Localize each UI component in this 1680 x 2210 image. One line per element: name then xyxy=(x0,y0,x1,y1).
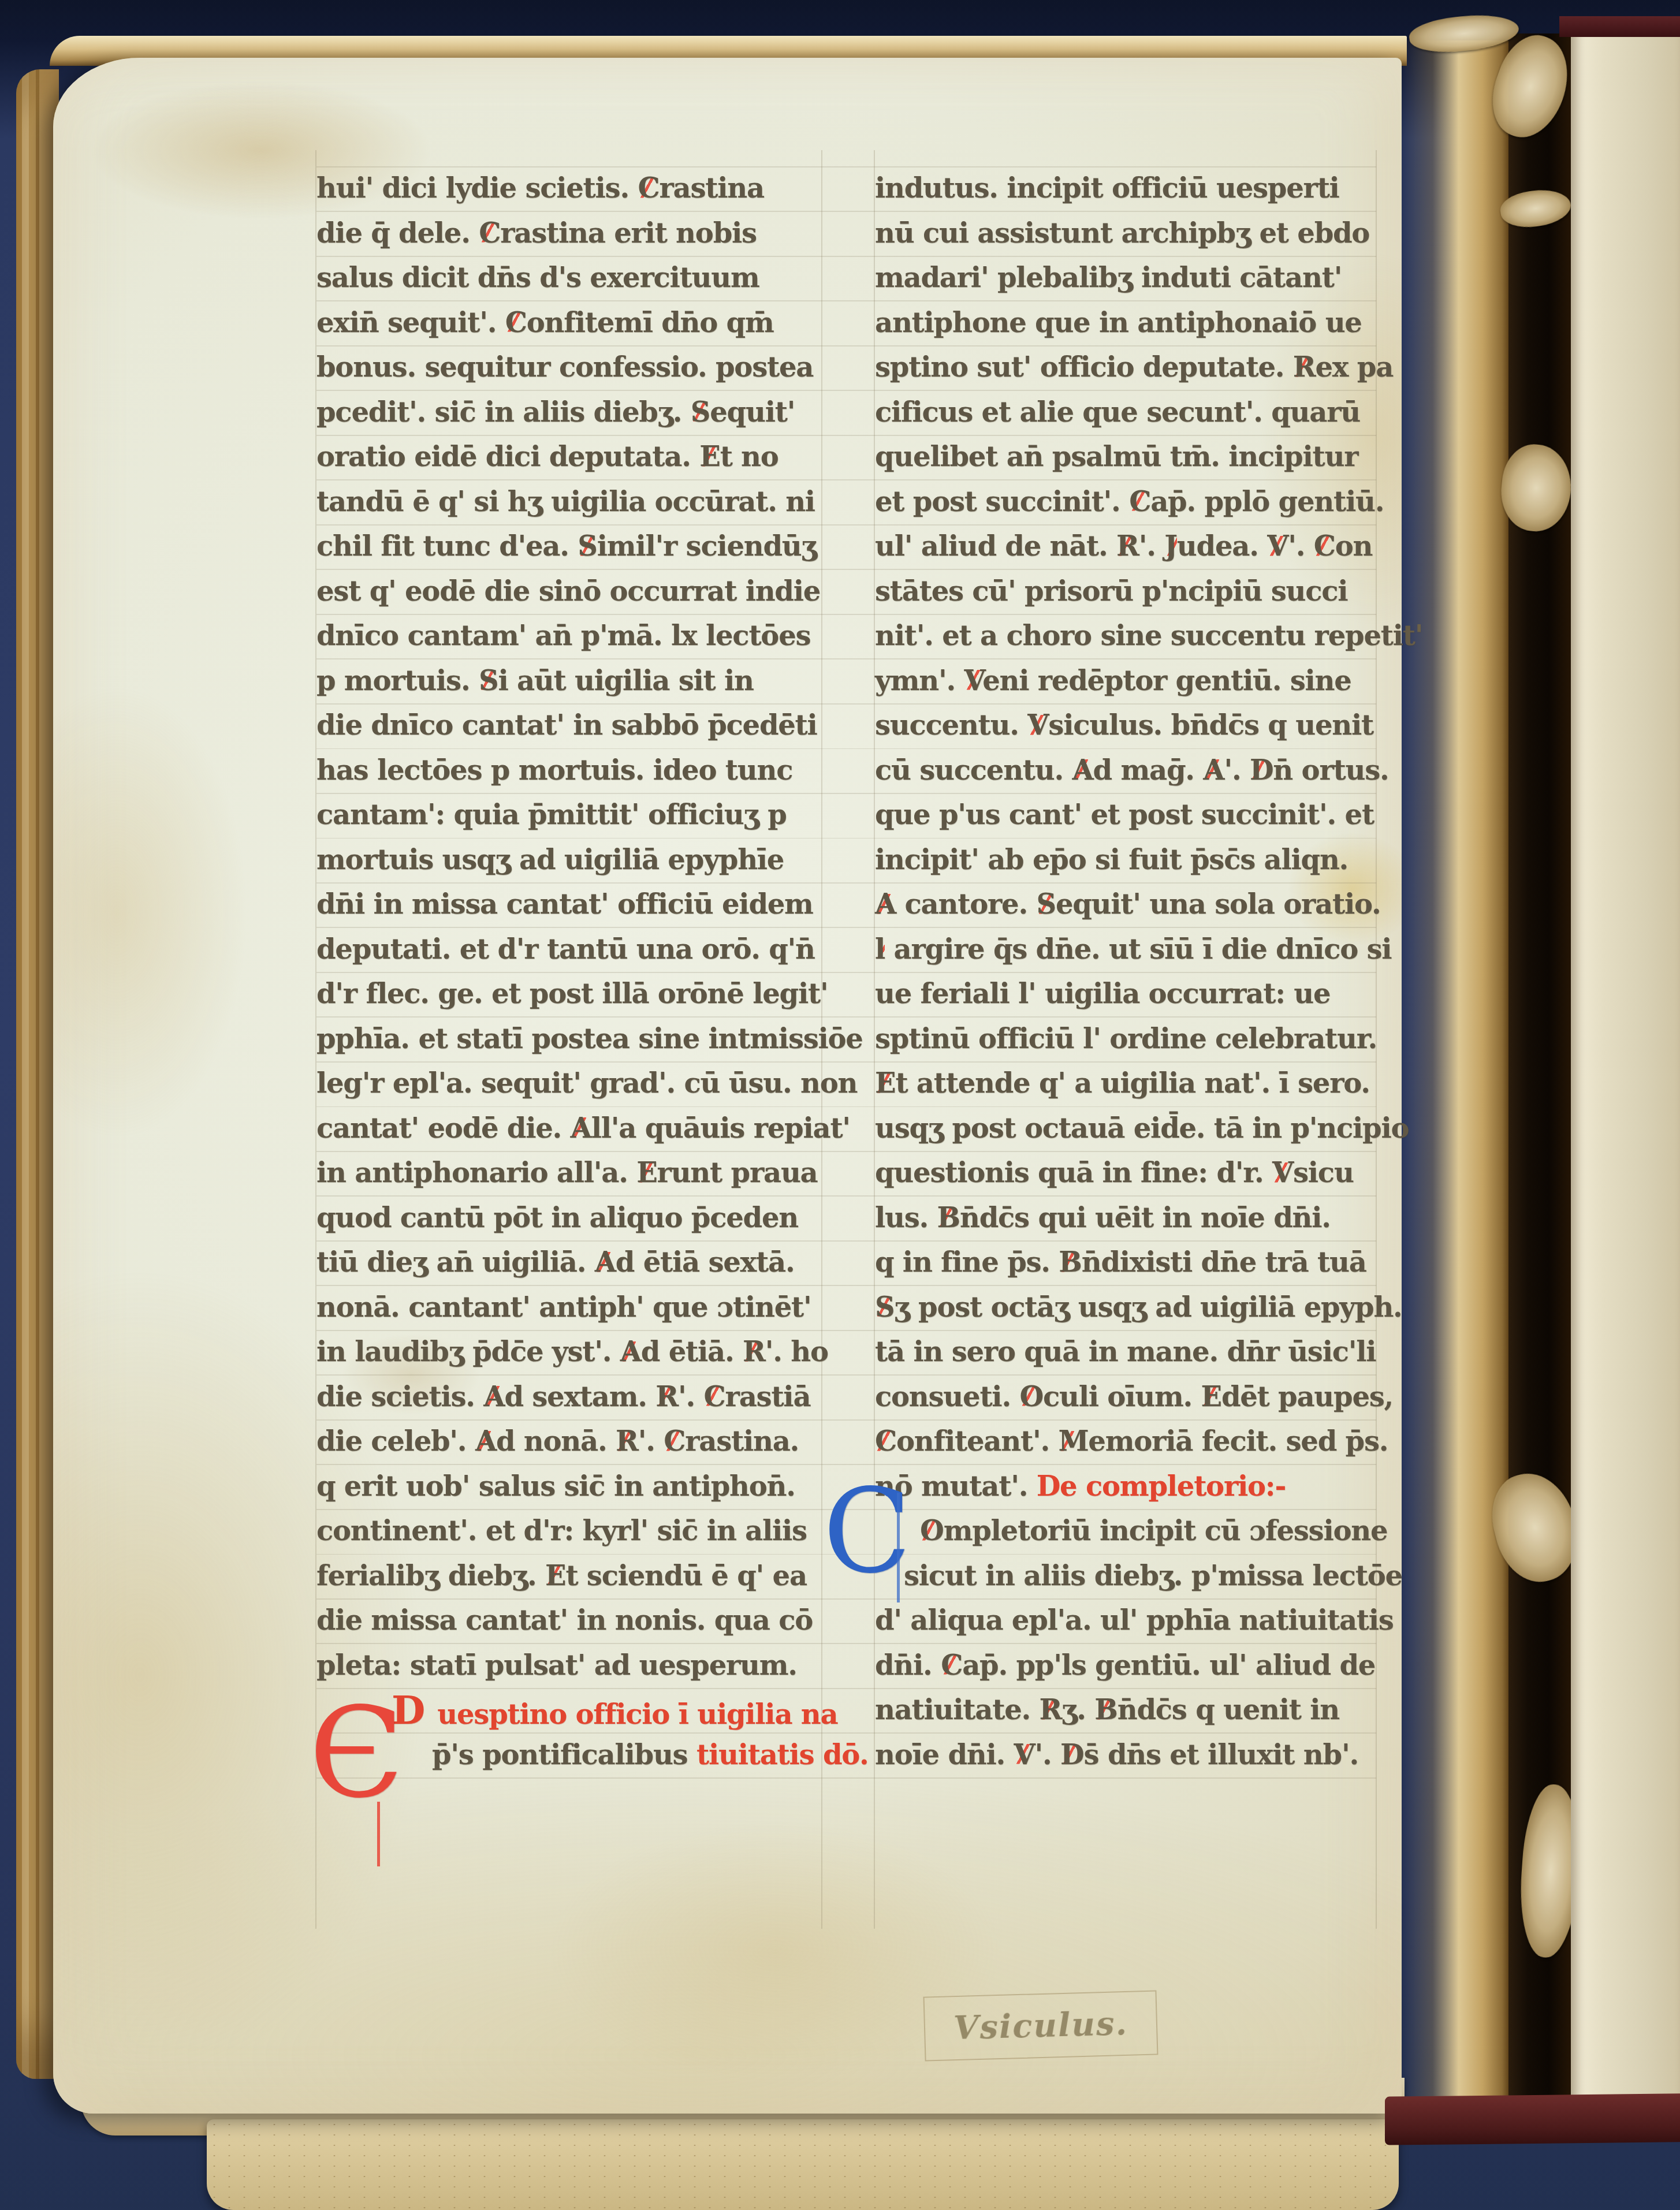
text-line: succentu. Vsiculus. bn̄dc̄s q uenit xyxy=(875,703,1383,748)
text-line: nū cui assistunt archipbʒ et ebdo xyxy=(875,211,1383,256)
facing-leaf xyxy=(1571,27,1680,2105)
text-line: die celeb'. Ad nonā. R'. Crastina. xyxy=(316,1419,825,1464)
left-page-edge-stack xyxy=(16,69,59,2079)
text-line: ferialibʒ diebʒ. Et sciendū ē q' ea xyxy=(316,1554,825,1599)
text-line: bonus. sequitur confessio. postea xyxy=(316,345,825,390)
initial-C: C xyxy=(823,1487,911,1577)
manuscript-page: hui' dici lydie scietis. Crastinadie q̄ … xyxy=(53,58,1402,2114)
text-line: noīe dn̄i. V'. Ds̄ dn̄s et illuxit nb'. xyxy=(875,1733,1383,1778)
text-line: die missa cantat' in nonis. qua cō xyxy=(316,1598,825,1643)
text-line: dn̄i. Cap̄. pp'ls gentiū. ul' aliud de xyxy=(875,1643,1383,1689)
text-line: deputati. et d'r tantū una orō. q'n̄ xyxy=(316,927,825,972)
cover-strip-bottom xyxy=(1385,2093,1680,2145)
text-line: natiuitate. Rʒ. Bn̄dc̄s q uenit in xyxy=(875,1688,1383,1733)
gutter-fold-shadow xyxy=(1402,40,1511,2114)
text-line: d'r flec. ge. et post illā orōnē legit' xyxy=(316,972,825,1017)
text-line: que p'us cant' et post succinit'. et xyxy=(875,793,1383,838)
text-line: incipit' ab ep̄o si fuit p̄sc̄s aliqn. xyxy=(875,838,1383,883)
text-line: nit'. et a choro sine succentu repetit' xyxy=(875,614,1383,659)
text-line: has lectōes p mortuis. ideo tunc xyxy=(316,748,825,793)
text-line: sptinū officiū l' ordine celebratur. xyxy=(875,1017,1383,1062)
text-line: leg'r epl'a. sequit' grad'. cū ūsu. non xyxy=(316,1061,825,1106)
text-line: stātes cū' prisorū p'ncipiū succi xyxy=(875,569,1383,614)
text-line: Sʒ post octāʒ usqʒ ad uigiliā epyph. xyxy=(875,1285,1383,1331)
text-line: A cantore. Sequit' una sola oratio. xyxy=(875,882,1383,927)
text-line: pcedit'. sic̄ in aliis diebʒ. Sequit' xyxy=(316,390,825,435)
text-line: ue feriali l' uigilia occurrat: ue xyxy=(875,972,1383,1017)
text-line: oratio eidē dici deputata. Et no xyxy=(316,435,825,480)
text-line: hui' dici lydie scietis. Crastina xyxy=(316,166,825,211)
under-leaf-speckled xyxy=(207,2119,1399,2210)
text-line: et post succinit'. Cap̄. pplō gentiū. xyxy=(875,480,1383,525)
text-line: exin̄ sequit'. Confitemī dn̄o qm̄ xyxy=(316,301,825,346)
text-line: salus dicit dn̄s d's exercituum xyxy=(316,256,825,301)
text-line: in laudibʒ p̄dc̄e yst'. Ad ētiā. R'. ho xyxy=(316,1330,825,1375)
text-line: mortuis usqʒ ad uigiliā epyphīe xyxy=(316,838,825,883)
text-line: p mortuis. Si aūt uigilia sit in xyxy=(316,659,825,704)
text-line: q in fine p̄s. Bn̄dixisti dn̄e trā tuā xyxy=(875,1240,1383,1285)
manuscript-photo: hui' dici lydie scietis. Crastinadie q̄ … xyxy=(0,0,1680,2210)
text-line: usqʒ post octauā eid̄e. tā in p'ncipio xyxy=(875,1106,1383,1151)
text-line: q erit uob' salus sic̄ in antiphon̄. xyxy=(316,1464,825,1510)
text-line: Et attende q' a uigilia nat'. ī sero. xyxy=(875,1061,1383,1106)
text-line: antiphone que in antiphonaiō ue xyxy=(875,301,1383,346)
text-line: continent'. et d'r: kyrl' sic̄ in aliis xyxy=(316,1509,825,1554)
text-line: nō mutat'. De completorio:- xyxy=(875,1464,1383,1510)
catchword: Vsiculus. xyxy=(953,2004,1128,2047)
text-line: ul' aliud de nāt. R'. Judea. V'. Con xyxy=(875,524,1383,569)
text-line: dnīco cantam' an̄ p'mā. lx lectōes xyxy=(316,614,825,659)
text-line: lus. Bn̄dc̄s qui uēit in noīe dn̄i. xyxy=(875,1196,1383,1241)
text-line: dn̄i in missa cantat' officiū eidem xyxy=(316,882,825,927)
text-line: sicut in aliis diebʒ. p'missa lectōe xyxy=(875,1554,1383,1599)
text-line: est q' eodē die sinō occurrat indie xyxy=(316,569,825,614)
text-line: l argire q̄s dn̄e. ut sīū ī die dnīco si xyxy=(875,927,1383,972)
text-line: tandū ē q' si hʒ uigilia occūrat. ni xyxy=(316,480,825,525)
text-line: indutus. incipit officiū uesperti xyxy=(875,166,1383,211)
text-line: cificus et alie que secunt'. quarū xyxy=(875,390,1383,435)
cover-strip-top xyxy=(1559,16,1680,37)
left-text-column: hui' dici lydie scietis. Crastinadie q̄ … xyxy=(316,166,825,1777)
text-line: pphīa. et statī postea sine intmissiōe xyxy=(316,1017,825,1062)
text-line: in antiphonario all'a. Erunt praua xyxy=(316,1151,825,1196)
text-line: die q̄ dele. Crastina erit nobis xyxy=(316,211,825,256)
text-line: die dnīco cantat' in sabbō p̄cedēti xyxy=(316,703,825,748)
text-line: die scietis. Ad sextam. R'. Crastiā xyxy=(316,1375,825,1420)
initial-E: Є xyxy=(309,1705,404,1802)
text-line: questionis quā in fine: d'r. Vsicu xyxy=(875,1151,1383,1196)
text-line: quelibet an̄ psalmū tm̄. incipitur xyxy=(875,435,1383,480)
text-line: cantat' eodē die. All'a quāuis repiat' xyxy=(316,1106,825,1151)
text-line: cantam': quia p̄mittit' officiuʒ p xyxy=(316,793,825,838)
text-line: Confiteant'. Memoriā fecit. sed p̄s. xyxy=(875,1419,1383,1464)
text-line: tā in sero quā in mane. dn̄r ūsic'li xyxy=(875,1330,1383,1375)
text-line: d' aliqua epl'a. ul' pphīa natiuitatis xyxy=(875,1598,1383,1643)
text-line: chil fit tunc d'ea. Simil'r sciendūʒ xyxy=(316,524,825,569)
text-line: madari' plebalibʒ induti cātant' xyxy=(875,256,1383,301)
text-line: nonā. cantant' antiph' que ɔtinēt' xyxy=(316,1285,825,1331)
text-line: tiū dieʒ an̄ uigiliā. Ad ētiā sextā. xyxy=(316,1240,825,1285)
catchword-box: Vsiculus. xyxy=(923,1990,1159,2061)
text-line: quod cantū pōt in aliquo p̄ceden xyxy=(316,1196,825,1241)
text-line: sptino sut' officio deputate. Rex pa xyxy=(875,345,1383,390)
text-line: Ompletoriū incipit cū ɔfessione xyxy=(875,1509,1383,1554)
text-line: consueti. Oculi oīum. Edēt paupes, xyxy=(875,1375,1383,1420)
text-line: cū succentu. Ad maḡ. A'. Dn̄ ortus. xyxy=(875,748,1383,793)
text-line: ymn'. Veni redēptor gentiū. sine xyxy=(875,659,1383,704)
right-text-column: indutus. incipit officiū uespertinū cui … xyxy=(875,166,1383,1777)
